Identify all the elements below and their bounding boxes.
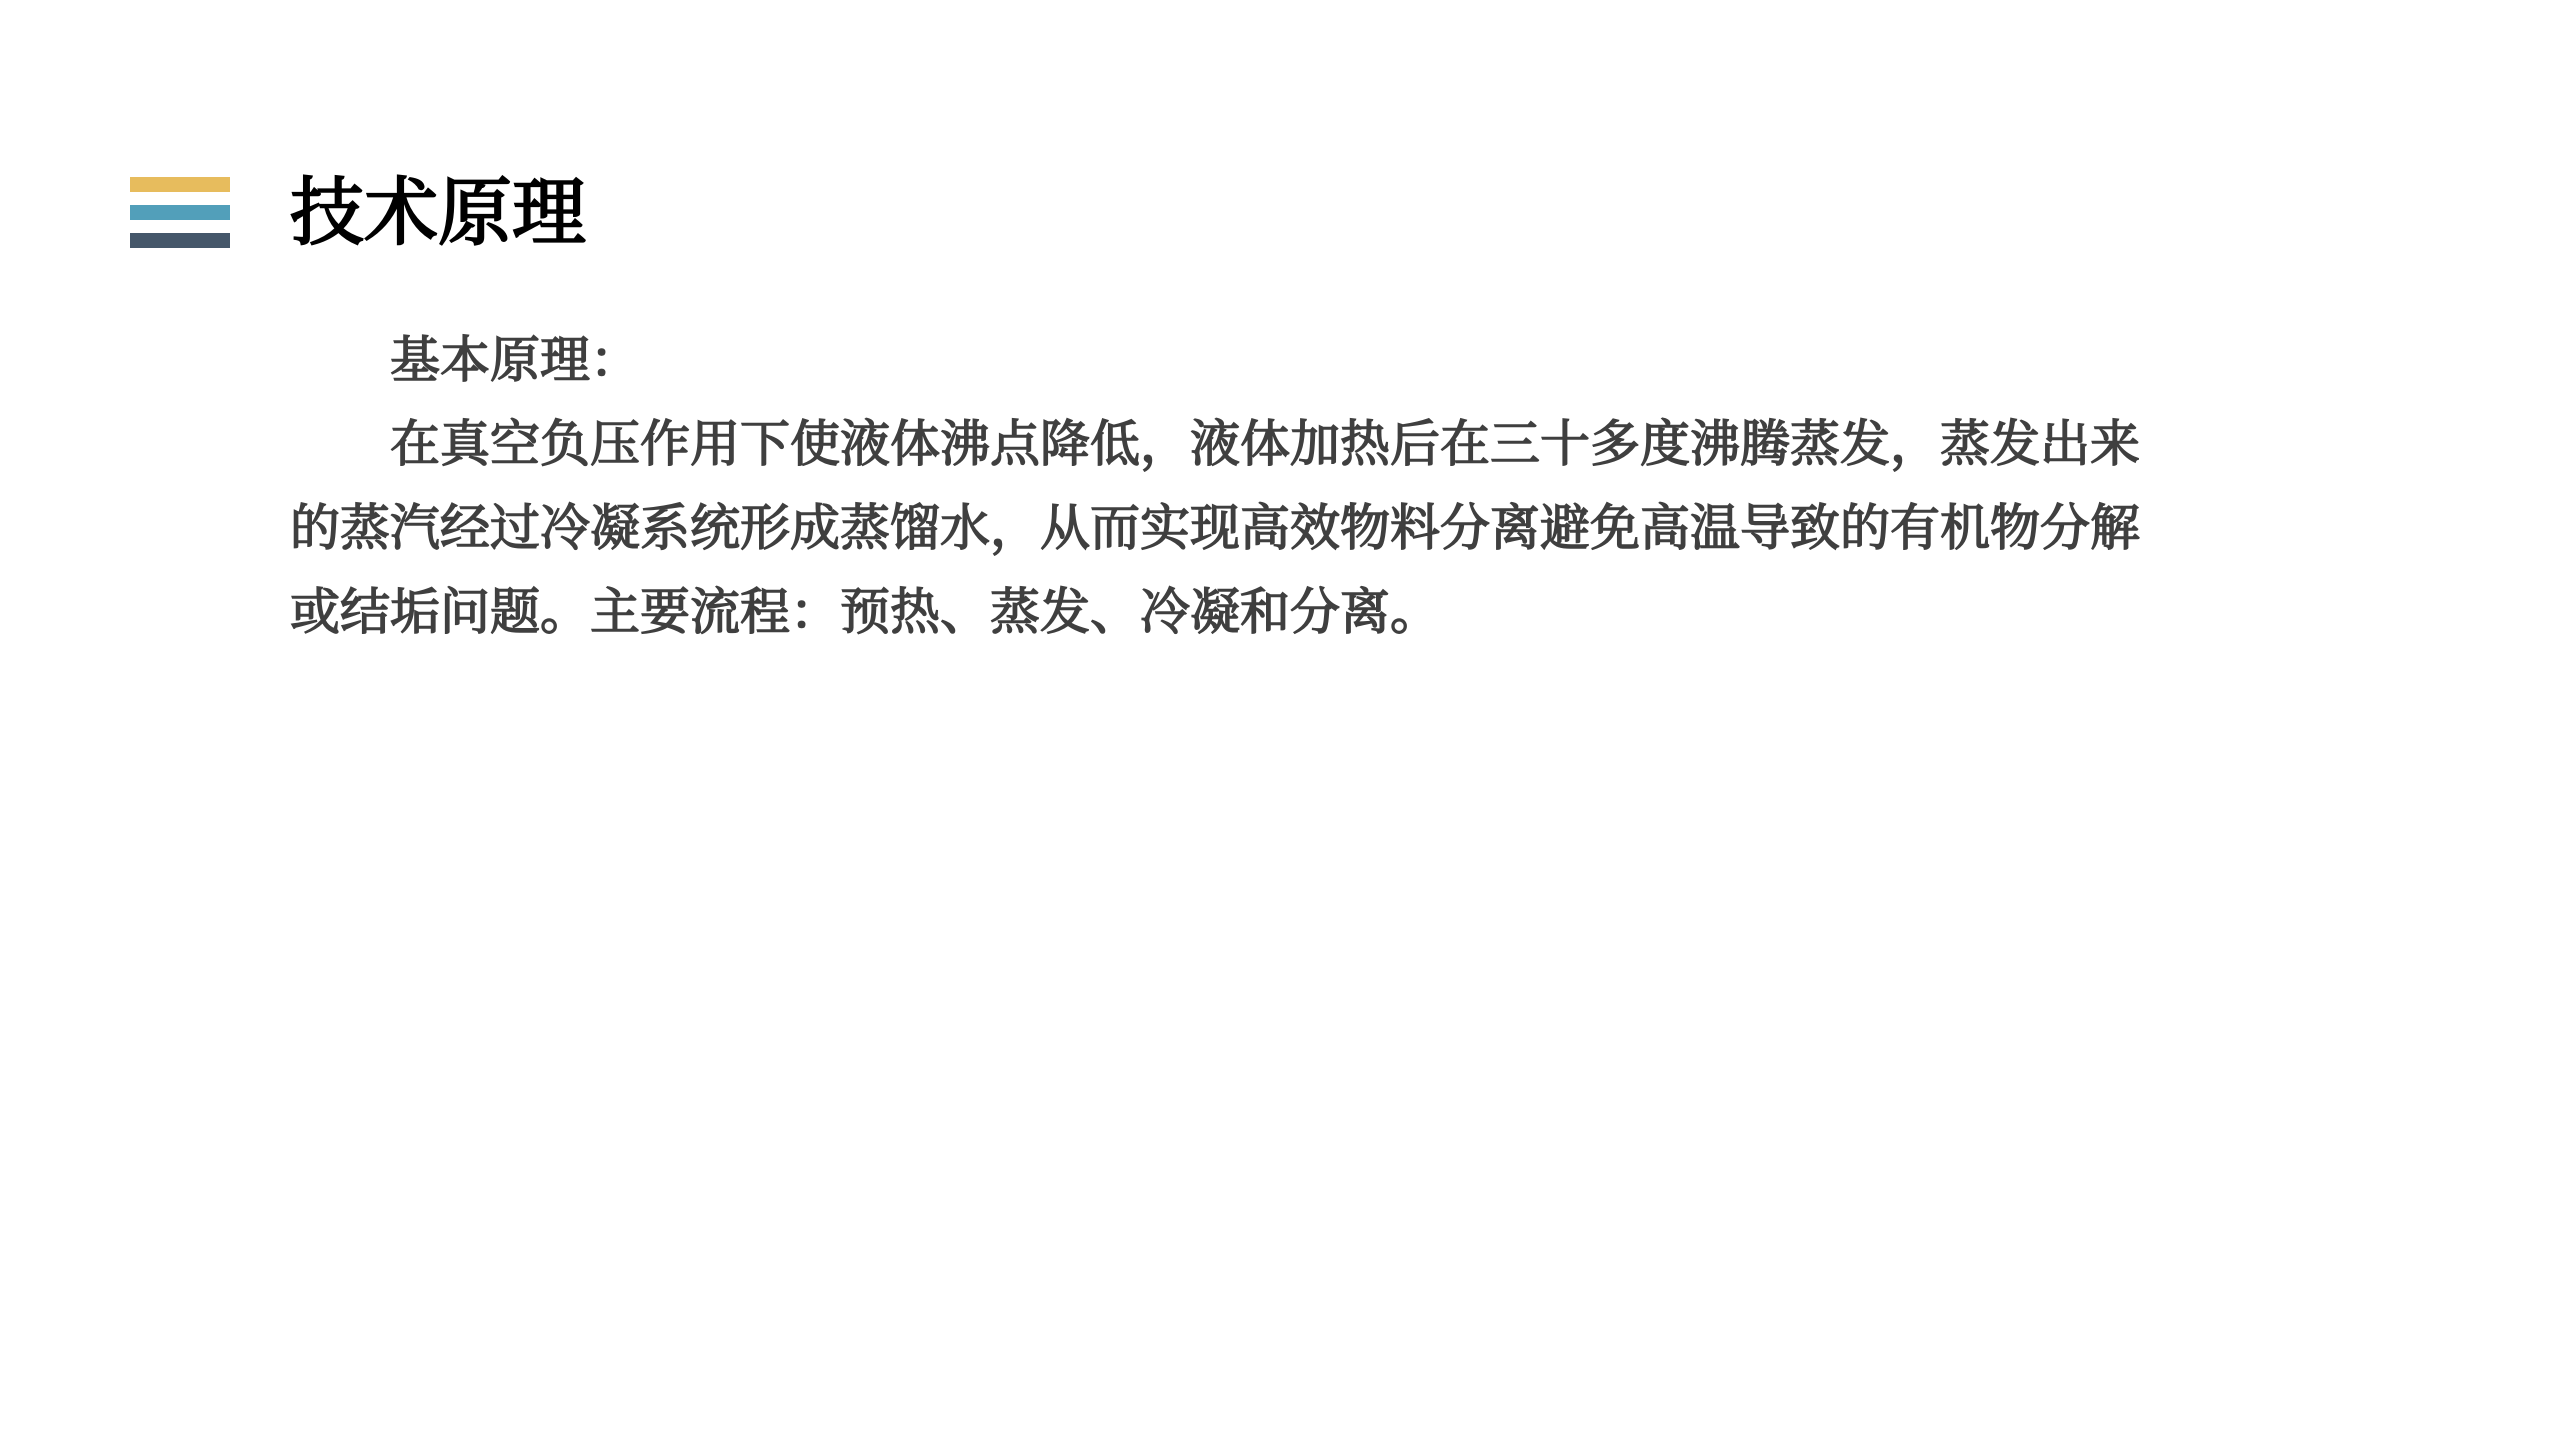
body-heading: 基本原理：: [290, 318, 2190, 402]
three-bars-icon: [130, 177, 230, 248]
bar-gold-icon: [130, 177, 230, 192]
bar-slate-icon: [130, 233, 230, 248]
body-text-block: 基本原理： 在真空负压作用下使液体沸点降低，液体加热后在三十多度沸腾蒸发，蒸发出…: [290, 318, 2190, 654]
body-line: 或结垢问题。主要流程：预热、蒸发、冷凝和分离。: [290, 570, 2190, 654]
slide-canvas: 技术原理 基本原理： 在真空负压作用下使液体沸点降低，液体加热后在三十多度沸腾蒸…: [0, 0, 2560, 1440]
body-line: 在真空负压作用下使液体沸点降低，液体加热后在三十多度沸腾蒸发，蒸发出来: [290, 402, 2190, 486]
page-title: 技术原理: [290, 172, 586, 254]
bar-blue-icon: [130, 205, 230, 220]
body-line: 的蒸汽经过冷凝系统形成蒸馏水，从而实现高效物料分离避免高温导致的有机物分解: [290, 486, 2190, 570]
